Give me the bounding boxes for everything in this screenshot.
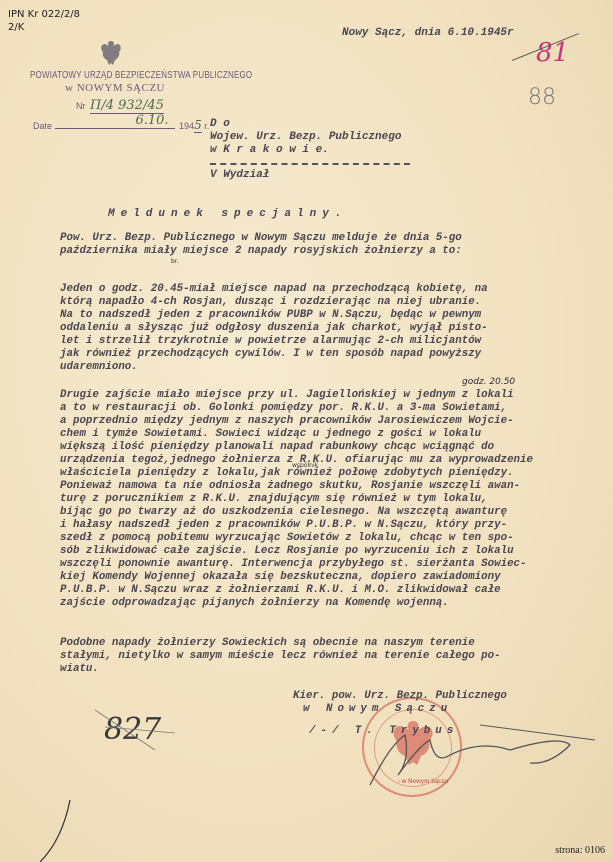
nr-label: Nr (76, 101, 86, 111)
office-name: POWIATOWY URZĄD BEZPIECZEŃSTWA PUBLICZNE… (30, 69, 200, 81)
page-number: strona: 0106 (555, 845, 605, 856)
year-prefix: 194 (179, 121, 194, 131)
archive-reference-line2: 2/K (8, 21, 80, 34)
addressee-line2: w K r a k o w i e. (210, 144, 410, 157)
archive-reference: IPN Kr 022/2/8 2/K (8, 8, 80, 34)
office-city: w NOWYM SĄCZU (30, 82, 200, 94)
signatory-title: Kier. pow. Urz. Bezp. Publicznego (293, 690, 507, 703)
date-label: Date (33, 121, 52, 131)
document-page: IPN Kr 022/2/8 2/K POWIATOWY URZĄD BEZPI… (0, 0, 613, 862)
letterhead-date: Date 6.10. 1945 r. (33, 118, 209, 132)
addressee-to: D o (210, 118, 410, 131)
year-r: r. (204, 121, 209, 131)
folio-number: 88 (528, 85, 556, 110)
paragraph-first-incident: Jeden o godz. 20.45-miał miejsce napad n… (60, 283, 580, 374)
paragraph-intro: Pow. Urz. Bezp. Publicznego w Nowym Sącz… (60, 232, 580, 258)
addressee-divider (210, 163, 410, 165)
annotation-wspolnik: wspólnik (292, 462, 318, 469)
place-and-date: Nowy Sącz, dnia 6.10.1945r (342, 27, 514, 39)
handwritten-signature (360, 715, 600, 795)
year-suffix: 5 (194, 118, 202, 133)
annotation-br: br. (171, 258, 179, 265)
addressee-line1: Wojew. Urz. Bezp. Publicznego (210, 131, 410, 144)
cross-strokes (95, 705, 175, 755)
reference-number: Nr Π/4 932/45 (76, 98, 164, 113)
pencil-stroke (40, 800, 80, 862)
addressee-department: V Wydział (210, 169, 410, 182)
archive-reference-line1: IPN Kr 022/2/8 (8, 8, 80, 21)
nr-value: Π/4 932/45 (90, 98, 164, 114)
letterhead-stamp: POWIATOWY URZĄD BEZPIECZEŃSTWA PUBLICZNE… (30, 70, 200, 94)
eagle-emblem-icon (96, 38, 126, 68)
date-value: 6.10. (135, 113, 168, 128)
document-title: Meldunek specjalny. (108, 208, 347, 220)
paragraph-summary: Podobne napady żołnierzy Sowieckich są o… (60, 637, 580, 676)
paragraph-second-incident: Drugie zajście miało miejsce przy ul. Ja… (60, 389, 580, 610)
annotation-time: godz. 20.50 (462, 377, 515, 387)
addressee-block: D o Wojew. Urz. Bezp. Publicznego w K r … (210, 118, 410, 182)
